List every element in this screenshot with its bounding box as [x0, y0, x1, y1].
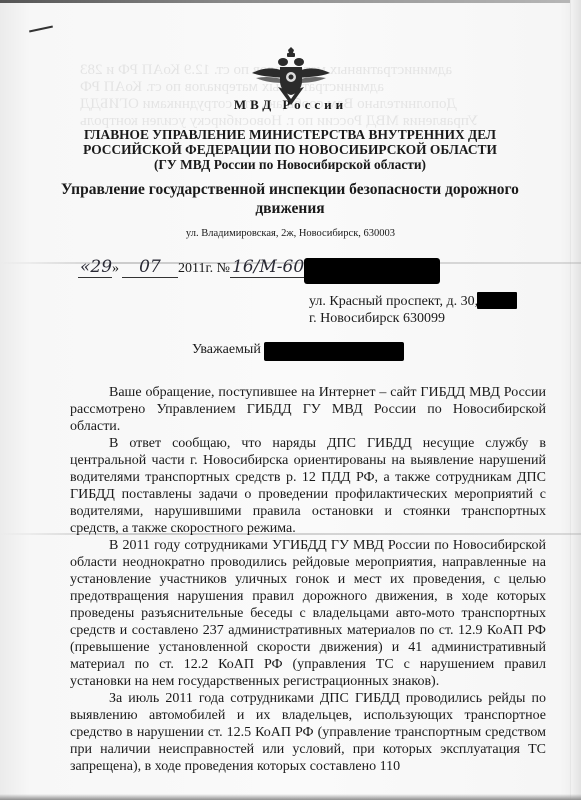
year-and-number-label: 2011г. № — [178, 261, 230, 276]
department-title: Управление государственной инспекции без… — [60, 180, 520, 218]
scan-right-edge — [570, 0, 581, 800]
handwritten-date-day: «29 — [78, 257, 112, 278]
agency-name: МВД России — [0, 97, 581, 113]
redacted-apartment — [477, 292, 517, 309]
bleed-through-text: административных материалов по ст. КоАП … — [80, 79, 384, 96]
ministry-short-name: (ГУ МВД России по Новосибирской области) — [80, 157, 500, 172]
scan-top-edge — [0, 0, 581, 3]
ministry-line: РОССИЙСКОЙ ФЕДЕРАЦИИ ПО НОВОСИБИРСКОЙ ОБ… — [80, 142, 500, 157]
recipient-address: ул. Красный проспект, д. 30, г. Новосиби… — [309, 293, 478, 327]
recipient-street: ул. Красный проспект, д. 30, — [309, 293, 478, 310]
recipient-city: г. Новосибирск 630099 — [309, 310, 478, 327]
pen-mark — [29, 26, 53, 33]
body-paragraph: В ответ сообщаю, что наряды ДПС ГИБДД не… — [70, 435, 546, 537]
handwritten-date-month: 07 — [122, 257, 178, 278]
scan-bottom-edge — [0, 794, 581, 800]
scanned-letter-page: административных материалов по ст. 12.9 … — [0, 0, 581, 800]
ministry-line: ГЛАВНОЕ УПРАВЛЕНИЕ МИНИСТЕРСТВА ВНУТРЕНН… — [80, 127, 500, 142]
redacted-salutation-name — [264, 342, 404, 361]
body-paragraph: За июль 2011 года сотрудниками ДПС ГИБДД… — [70, 690, 546, 775]
salutation: Уважаемый — [192, 342, 261, 358]
redacted-recipient-name — [304, 258, 440, 284]
letter-reference-line: «29»072011г. №16/М-60 — [78, 257, 312, 281]
body-paragraph: Ваше обращение, поступившее на Интернет … — [70, 384, 546, 435]
date-quote: » — [112, 261, 119, 276]
letter-body: Ваше обращение, поступившее на Интернет … — [70, 384, 546, 775]
ministry-header: ГЛАВНОЕ УПРАВЛЕНИЕ МИНИСТЕРСТВА ВНУТРЕНН… — [80, 127, 500, 172]
body-paragraph: В 2011 году сотрудниками УГИБДД ГУ МВД Р… — [70, 537, 546, 690]
sender-address: ул. Владимировская, 2ж, Новосибирск, 630… — [0, 228, 581, 239]
handwritten-registration-number: 16/М-60 — [230, 257, 312, 278]
